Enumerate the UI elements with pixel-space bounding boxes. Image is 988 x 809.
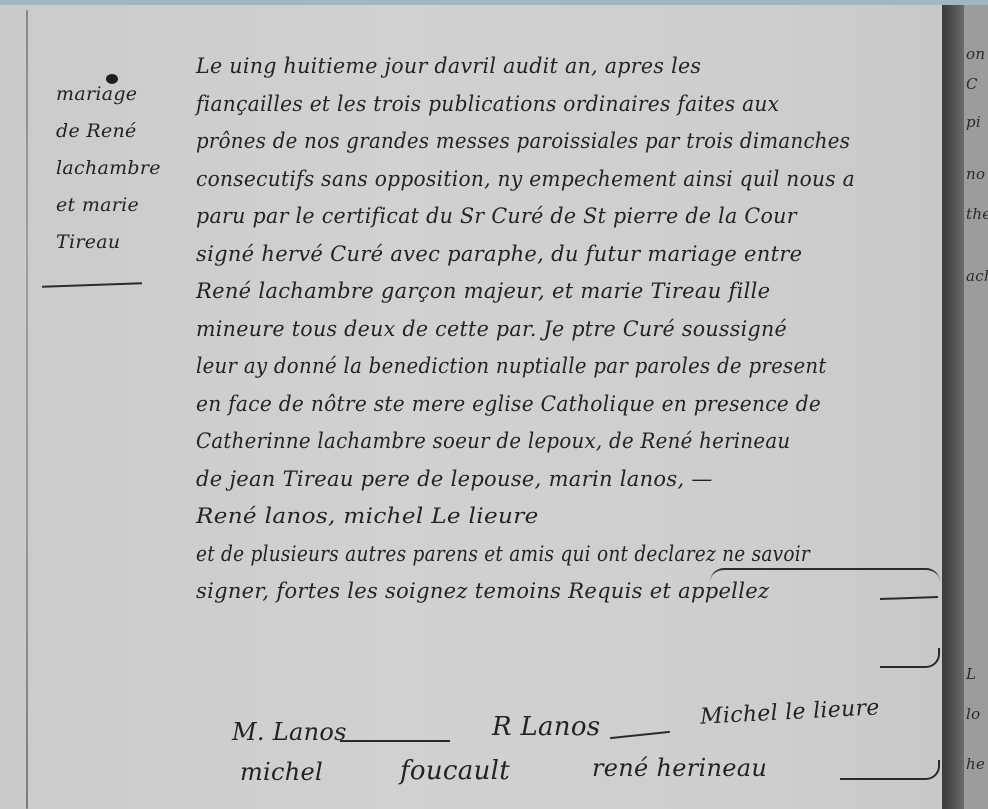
document-viewer: mariage de René lachambre et marie Tirea… [0,0,988,809]
record-line: consecutifs sans opposition, ny empechem… [196,161,906,199]
facing-page-fragment: pi [966,113,988,131]
signature: rené herineau [592,754,767,782]
record-line: mineure tous deux de cette par. Je ptre … [196,311,921,349]
signature: M. Lanos [232,718,347,746]
margin-note-line: de René [56,113,176,150]
margin-note-line: et marie [56,187,176,224]
record-line: en face de nôtre ste mere eglise Catholi… [196,386,906,424]
facing-page-fragment: ache [966,267,988,285]
record-line: signé hervé Curé avec paraphe, du futur … [196,236,936,274]
facing-page-fragment: he [966,755,988,773]
facing-page-fragment: no [966,165,988,183]
signature-underline [610,731,670,739]
signature: R Lanos [492,712,600,742]
signature: foucault [400,756,510,786]
line-end-flourish [710,568,940,584]
record-line: prônes de nos grandes messes paroissiale… [196,123,892,161]
margin-note-line: Tireau [56,224,176,261]
signature-underline [340,740,450,742]
facing-page-fragment: the [966,205,988,223]
ink-blot [106,74,118,84]
page-left-edge [26,10,28,809]
margin-note-line: lachambre [56,150,176,187]
facing-page-edge: on C pi no the ache L lo he [964,5,988,809]
record-line: René lachambre garçon majeur, et marie T… [196,273,936,311]
record-line: paru par le certificat du Sr Curé de St … [196,198,921,236]
record-line: de jean Tireau pere de lepouse, marin la… [196,461,936,499]
record-body: Le uing huitieme jour davril audit an, a… [196,48,936,611]
line-end-flourish [880,648,940,668]
record-line: René lanos, michel Le lieure [196,498,988,536]
record-line: leur ay donné la benediction nuptialle p… [196,348,892,386]
facing-page-fragment: C [966,75,988,93]
facing-page-fragment: lo [966,705,988,723]
signatures: M. Lanos R Lanos Michel le lieure michel… [230,710,950,809]
record-line: fiançailles et les trois publications or… [196,86,906,124]
signature: michel [240,758,323,786]
facing-page-fragment: on [966,45,988,63]
facing-page-fragment: L [966,665,988,683]
book-gutter [942,5,964,809]
margin-note: mariage de René lachambre et marie Tirea… [56,76,176,261]
record-line: Catherinne lachambre soeur de lepoux, de… [196,423,892,461]
record-line: Le uing huitieme jour davril audit an, a… [196,48,921,86]
